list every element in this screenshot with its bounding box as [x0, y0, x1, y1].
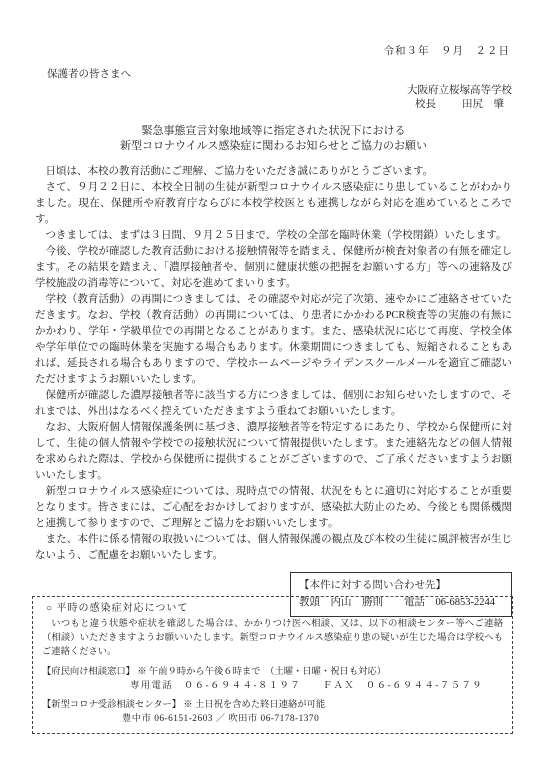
letter-title-line1: 緊急事態宣言対象地域等に指定された状況下における — [35, 124, 512, 139]
inquiry-heading: 【本件に対する問い合わせ先】 — [299, 577, 503, 594]
residents-desk-line: 【府民向け相談窓口】 ※ 午前９時から午後６時まで （土曜・日曜・祝日も対応） — [42, 665, 503, 679]
letter-body: 日頃は、本校の教育活動にご理解、ご協力をいただき誠にありがとうございます。 さて… — [35, 164, 512, 564]
body-paragraph: 新型コロナウイルス感染症については、現時点での情報、状況をもとに適切に対応するこ… — [35, 484, 512, 532]
principal-name: 田尻 肇 — [462, 99, 504, 110]
school-name: 大阪府立桜塚高等学校 — [35, 84, 512, 98]
letter-content: 令和３年 ９月 ２２日 保護者の皆さまへ 大阪府立桜塚高等学校 校長田尻 肇 緊… — [35, 44, 512, 617]
recipient-line: 保護者の皆さまへ — [35, 67, 512, 83]
letter-title-line2: 新型コロナウイルス感染症に関わるお知らせとご協力のお願い — [35, 139, 512, 154]
residents-desk-phone: 専用電話 ０６-６９４４-８１９７ ＦＡＸ ０６-６９４４-７５７９ — [42, 679, 503, 693]
body-paragraph: また、本件に係る情報の取扱いについては、個人情報保護の観点及び本校の生徒に風評被… — [35, 532, 512, 564]
sender-block: 大阪府立桜塚高等学校 校長田尻 肇 — [35, 84, 512, 112]
residents-desk-hours: ※ 午前９時から午後６時まで （土曜・日曜・祝日も対応） — [137, 667, 386, 677]
notice-heading: ○ 平時の感染症対応について — [42, 602, 503, 616]
notice-box: ○ 平時の感染症対応について いつもと違う状態や症状を確認した場合は、かかりつけ… — [32, 596, 513, 734]
letter-title: 緊急事態宣言対象地域等に指定された状況下における 新型コロナウイルス感染症に関わ… — [35, 124, 512, 154]
principal-line: 校長田尻 肇 — [35, 98, 512, 112]
body-paragraph: 今後、学校が確認した教育活動における接触情報等を踏まえ、保健所が検査対象者の有無… — [35, 244, 512, 292]
body-paragraph: 学校（教育活動）の再開につきましては、その確認や対応が完了次第、速やかにご連絡さ… — [35, 292, 512, 388]
residents-desk-label: 【府民向け相談窓口】 — [42, 667, 135, 677]
body-paragraph: さて、９月２２日に、本校全日制の生徒が新型コロナウイルス感染症にり患していること… — [35, 180, 512, 228]
consult-center-phones: 豊中市 06-6151-2603 ／ 吹田市 06-7178-1370 — [42, 712, 503, 726]
consult-center-note: ※ 土日祝を含めた終日連絡が可能 — [183, 700, 325, 710]
consult-center-label: 【新型コロナ受診相談センター】 — [42, 700, 181, 710]
body-paragraph: 保健所が確認した濃厚接触者等に該当する方につきましては、個別にお知らせいたします… — [35, 388, 512, 420]
body-paragraph: つきましては、まずは３日間、９月２５日まで、学校の全部を臨時休業（学校閉鎖）いた… — [35, 228, 512, 244]
body-paragraph: なお、大阪府個人情報保護条例に基づき、濃厚接触者等を特定するにあたり、学校から保… — [35, 420, 512, 484]
body-paragraph: 日頃は、本校の教育活動にご理解、ご協力をいただき誠にありがとうございます。 — [35, 164, 512, 180]
notice-body: いつもと違う状態や症状を確認した場合は、かかりつけ医へ相談、又は、以下の相談セン… — [42, 617, 503, 659]
scanned-letter-page: 令和３年 ９月 ２２日 保護者の皆さまへ 大阪府立桜塚高等学校 校長田尻 肇 緊… — [0, 0, 543, 768]
consult-center-line: 【新型コロナ受診相談センター】 ※ 土日祝を含めた終日連絡が可能 — [42, 698, 503, 712]
letter-date: 令和３年 ９月 ２２日 — [35, 44, 512, 60]
principal-title: 校長 — [415, 98, 436, 112]
